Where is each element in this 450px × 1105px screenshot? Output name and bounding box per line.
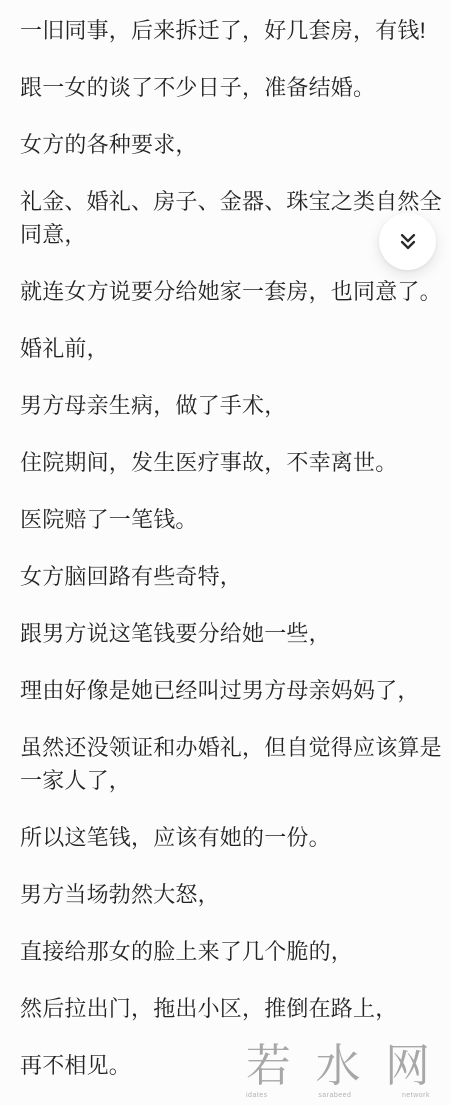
watermark-subword: sarabeed bbox=[318, 1092, 351, 1100]
double-chevron-down-icon bbox=[397, 231, 419, 253]
article-body: 一旧同事，后来拆迁了，好几套房，有钱! 跟一女的谈了不少日子，准备结婚。 女方的… bbox=[0, 0, 450, 1082]
paragraph: 就连女方说要分给她家一套房，也同意了。 bbox=[20, 275, 444, 308]
paragraph: 跟一女的谈了不少日子，准备结婚。 bbox=[20, 71, 444, 104]
paragraph: 女方的各种要求， bbox=[20, 128, 444, 161]
paragraph: 虽然还没领证和办婚礼，但自觉得应该算是一家人了， bbox=[20, 731, 444, 797]
paragraph: 婚礼前， bbox=[20, 332, 444, 365]
paragraph: 女方脑回路有些奇特， bbox=[20, 560, 444, 593]
watermark-subtext: idates sarabeed network bbox=[246, 1092, 430, 1100]
paragraph: 直接给那女的脸上来了几个脆的， bbox=[20, 935, 444, 968]
paragraph: 所以这笔钱，应该有她的一份。 bbox=[20, 821, 444, 854]
scroll-down-button[interactable] bbox=[379, 213, 436, 270]
watermark-char: 水 bbox=[315, 1042, 360, 1090]
watermark: 若 水 网 idates sarabeed network bbox=[246, 1042, 430, 1100]
paragraph: 住院期间，发生医疗事故，不幸离世。 bbox=[20, 446, 444, 479]
watermark-subword: network bbox=[402, 1092, 430, 1100]
paragraph: 医院赔了一笔钱。 bbox=[20, 503, 444, 536]
paragraph: 然后拉出门，拖出小区，推倒在路上， bbox=[20, 992, 444, 1025]
paragraph: 理由好像是她已经叫过男方母亲妈妈了， bbox=[20, 674, 444, 707]
paragraph: 男方母亲生病，做了手术， bbox=[20, 389, 444, 422]
paragraph: 男方当场勃然大怒， bbox=[20, 878, 444, 911]
watermark-char: 若 bbox=[246, 1042, 291, 1090]
paragraph: 一旧同事，后来拆迁了，好几套房，有钱! bbox=[20, 14, 444, 47]
paragraph: 跟男方说这笔钱要分给她一些， bbox=[20, 617, 444, 650]
watermark-text: 若 水 网 bbox=[246, 1042, 430, 1090]
watermark-char: 网 bbox=[385, 1042, 430, 1090]
watermark-subword: idates bbox=[246, 1092, 268, 1100]
